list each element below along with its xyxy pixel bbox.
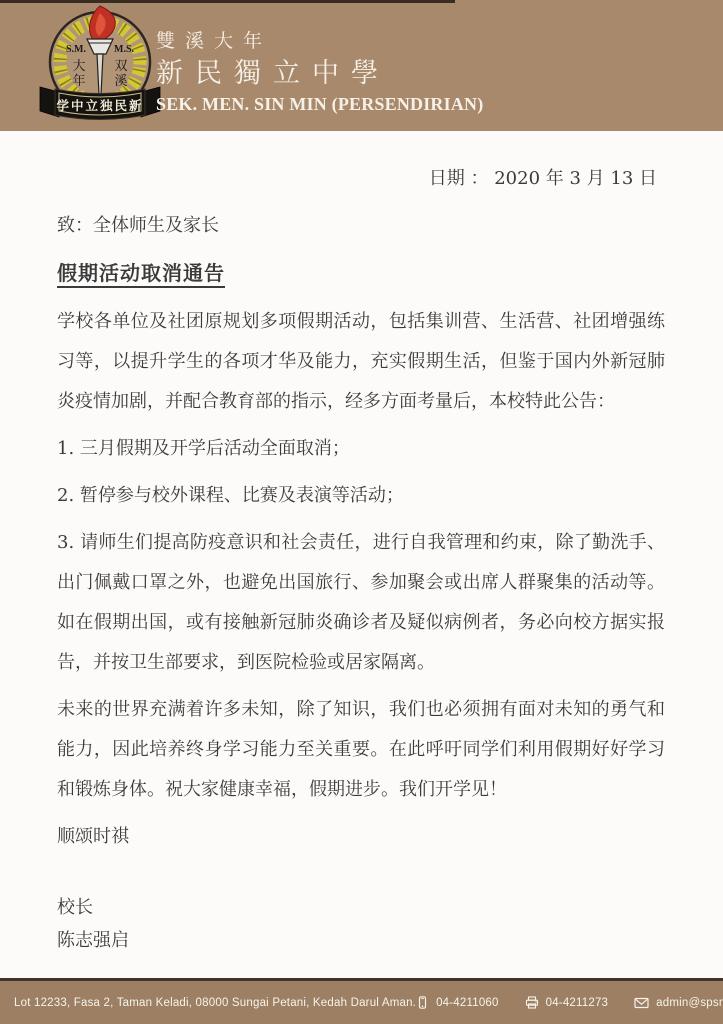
fax-contact: 04-4211273 (525, 996, 609, 1009)
footer-bar: Lot 12233, Fasa 2, Taman Keladi, 08000 S… (0, 978, 723, 1024)
scanned-letter-page: S.M. M.S. 大 年 双 溪 学中立独民新 雙溪大年 新民獨立中學 SEK… (0, 0, 723, 1024)
signatory-title: 校长 (57, 891, 665, 924)
phone-contact: 04-4211060 (416, 996, 499, 1009)
crest-initials-right: M.S. (114, 44, 135, 55)
complimentary-close: 顺颂时祺 (57, 817, 665, 857)
school-name-en: SEK. MEN. SIN MIN (PERSENDIRIAN) (156, 94, 483, 115)
crest-char-right-bottom: 溪 (114, 74, 127, 89)
intro-paragraph: 学校各单位及社团原规划多项假期活动，包括集训营、生活营、社团增强练习等，以提升学… (57, 302, 665, 422)
email-address: admin@spsmp.edu.my (656, 997, 723, 1009)
notice-item-3: 3. 请师生们提高防疫意识和社会责任，进行自我管理和约束，除了勤洗手、出门佩戴口… (57, 523, 665, 683)
school-crest-logo: S.M. M.S. 大 年 双 溪 学中立独民新 (38, 5, 162, 131)
fax-icon (525, 996, 539, 1009)
email-icon (634, 997, 649, 1009)
letterhead: S.M. M.S. 大 年 双 溪 学中立独民新 雙溪大年 新民獨立中學 SEK… (0, 0, 723, 131)
closing-paragraph: 未来的世界充满着许多未知，除了知识，我们也必须拥有面对未知的勇气和能力，因此培养… (57, 690, 665, 810)
crest-initials-left: S.M. (66, 44, 87, 55)
phone-icon (416, 996, 429, 1009)
letter-body: 日期 ： 2020 年 3 月 13 日 致：全体师生及家长 假期活动取消通告 … (0, 131, 723, 978)
notice-item-1: 1. 三月假期及开学后活动全面取消； (57, 429, 665, 469)
crest-banner-text: 学中立独民新 (56, 98, 143, 113)
crest-char-left-bottom: 年 (72, 73, 85, 89)
crest-char-right-top: 双 (114, 59, 127, 74)
crest-char-left-top: 大 (72, 58, 85, 74)
school-address: Lot 12233, Fasa 2, Taman Keladi, 08000 S… (14, 997, 416, 1009)
school-location-cn: 雙溪大年 (156, 26, 272, 53)
notice-title: 假期活动取消通告 (57, 261, 225, 288)
email-contact: admin@spsmp.edu.my (634, 997, 723, 1009)
signature-block: 校长 陈志强启 (57, 891, 665, 957)
fax-number: 04-4211273 (546, 997, 609, 1009)
phone-number: 04-4211060 (436, 997, 499, 1009)
scan-artifact-line (0, 0, 455, 3)
notice-item-2: 2. 暂停参与校外课程、比赛及表演等活动； (57, 476, 665, 516)
school-name-cn: 新民獨立中學 (156, 51, 390, 90)
date-line: 日期 ： 2020 年 3 月 13 日 (57, 159, 665, 199)
recipient-line: 致：全体师生及家长 (57, 206, 665, 246)
signatory-name: 陈志强启 (57, 924, 665, 957)
notice-title-row: 假期活动取消通告 (57, 253, 665, 295)
